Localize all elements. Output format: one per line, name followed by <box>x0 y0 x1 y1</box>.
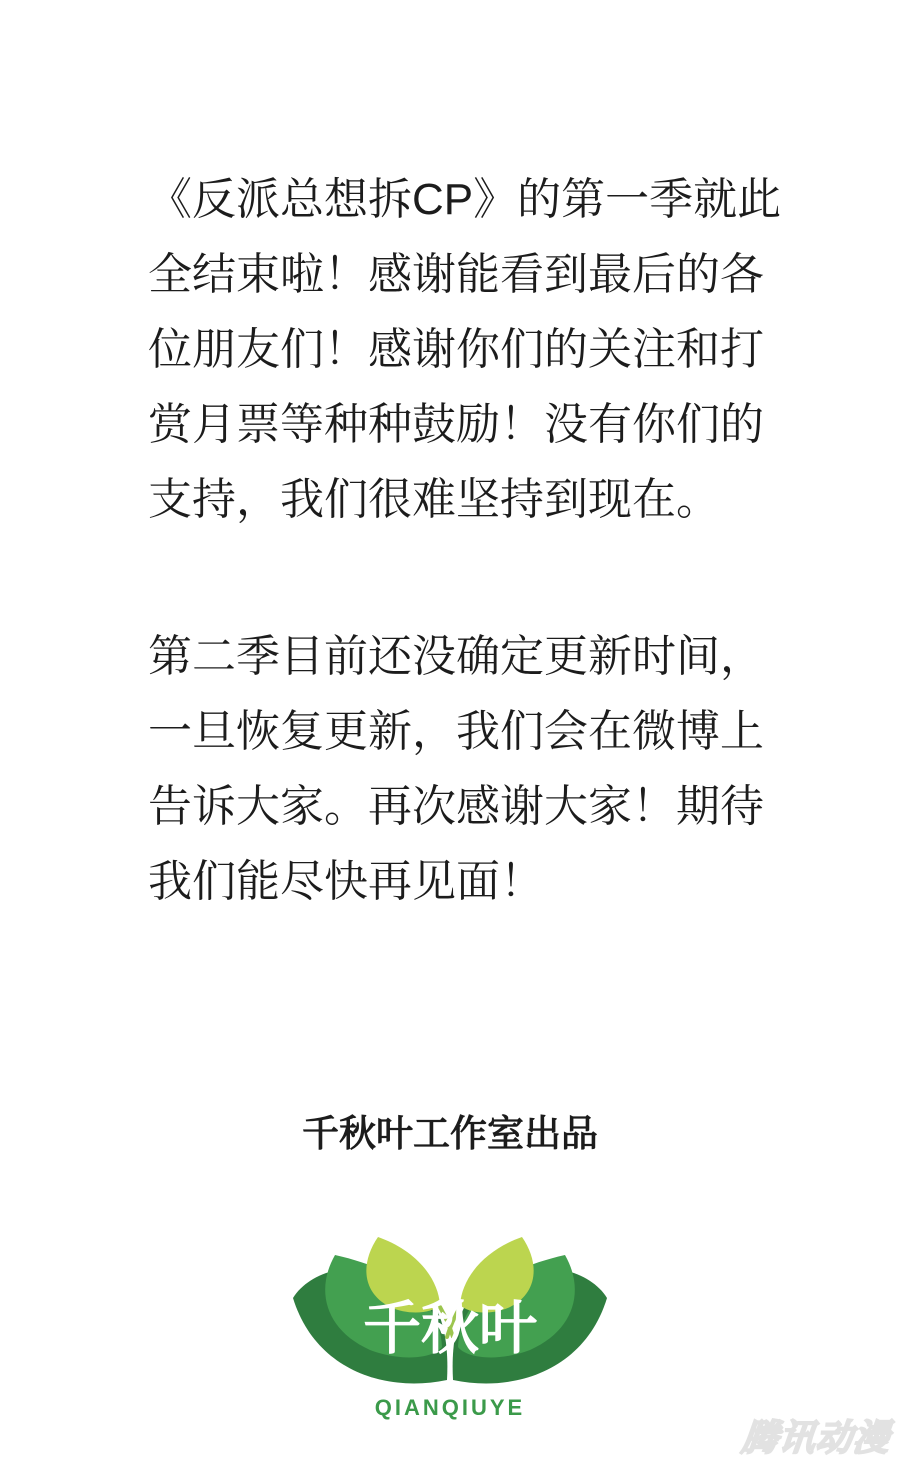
studio-credit: 千秋叶工作室出品 <box>0 1108 900 1160</box>
paragraph1-line: 《反派总想拆CP》的第一季就此 <box>148 162 808 237</box>
paragraph1-line: 全结束啦！感谢能看到最后的各 <box>148 237 808 312</box>
paragraph2-line: 告诉大家。再次感谢大家！期待 <box>148 769 808 844</box>
platform-watermark: 腾讯动漫 <box>739 1413 892 1463</box>
paragraph2-line: 我们能尽快再见面！ <box>148 844 808 919</box>
logo-romanized: QIANQIUYE <box>375 1395 525 1420</box>
season2-paragraph: 第二季目前还没确定更新时间， 一旦恢复更新，我们会在微博上 告诉大家。再次感谢大… <box>148 619 808 919</box>
logo-wordmark: 千秋叶 <box>363 1296 537 1361</box>
paragraph1-line: 位朋友们！感谢你们的关注和打 <box>148 312 808 387</box>
leaf-logo-icon: 千秋叶 QIANQIUYE <box>290 1215 610 1430</box>
paragraph1-line: 支持，我们很难坚持到现在。 <box>148 462 808 537</box>
paragraph2-line: 一旦恢复更新，我们会在微博上 <box>148 694 808 769</box>
qianqiuye-studio-logo: 千秋叶 QIANQIUYE <box>290 1215 610 1430</box>
paragraph1-line: 赏月票等种种鼓励！没有你们的 <box>148 387 808 462</box>
paragraph2-line: 第二季目前还没确定更新时间， <box>148 619 808 694</box>
farewell-paragraph-1: 《反派总想拆CP》的第一季就此 全结束啦！感谢能看到最后的各 位朋友们！感谢你们… <box>148 162 808 537</box>
